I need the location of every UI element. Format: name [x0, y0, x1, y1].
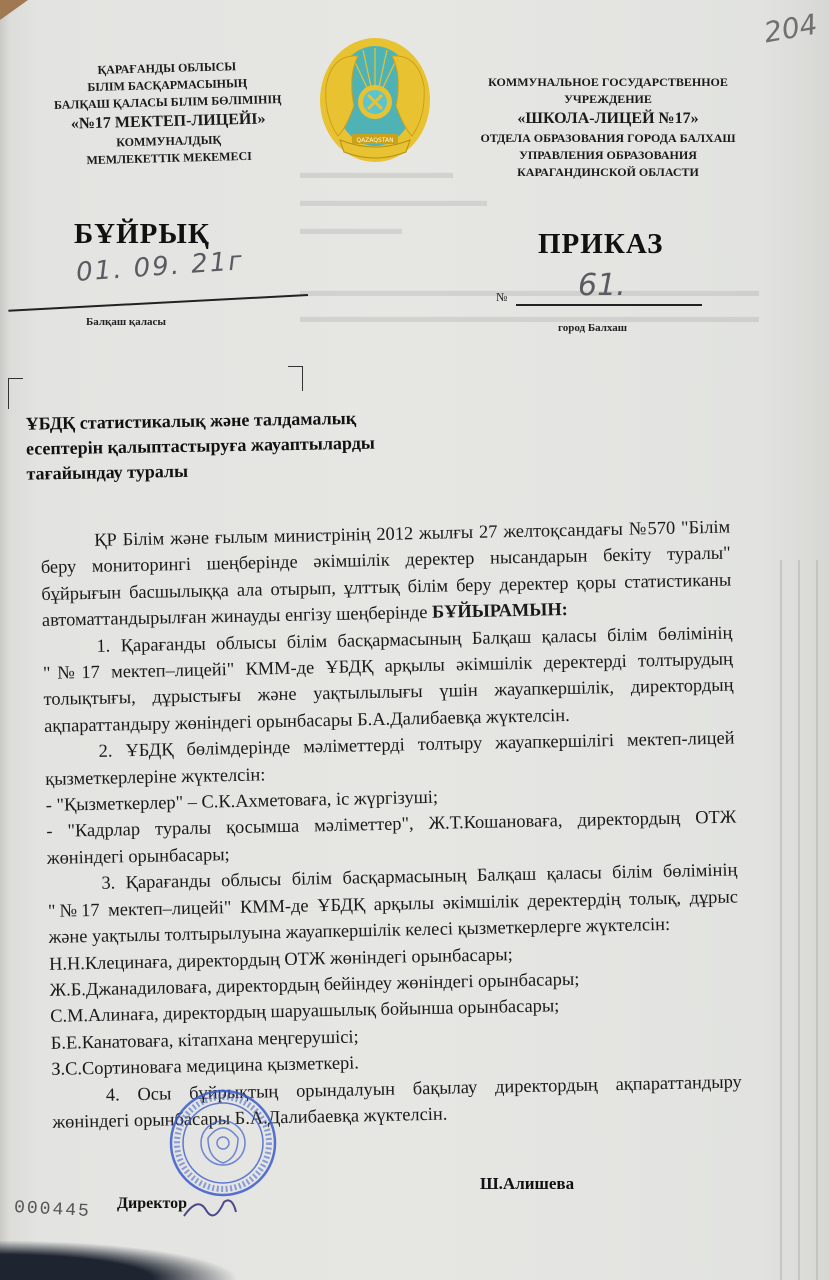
subject-bracket-right	[288, 366, 303, 391]
number-underline	[516, 304, 702, 306]
header-ru-line: ОТДЕЛА ОБРАЗОВАНИЯ ГОРОДА БАЛХАШ	[478, 130, 738, 147]
header-russian: КОММУНАЛЬНОЕ ГОСУДАРСТВЕННОЕ УЧРЕЖДЕНИЕ …	[478, 74, 738, 181]
preamble-text: ҚР Білім және ғылым министрінің 2012 жыл…	[41, 517, 732, 631]
order-title-kz: БҰЙРЫҚ	[74, 218, 210, 251]
document-page: ▬▬▬▬▬▬▬▬▬ ▬▬▬▬▬▬▬▬▬▬▬ ▬▬▬▬▬▬ ▬▬▬▬▬▬▬▬▬▬▬…	[0, 0, 830, 1280]
kazakhstan-state-emblem-icon: QAZAQSTAN	[318, 36, 432, 164]
header-ru-line: КОММУНАЛЬНОЕ ГОСУДАРСТВЕННОЕ	[478, 74, 738, 91]
preamble-paragraph: ҚР Білім және ғылым министрінің 2012 жыл…	[40, 514, 732, 634]
number-prefix: №	[496, 290, 507, 305]
subject-bracket-left	[8, 378, 23, 409]
serial-number: 000445	[14, 1198, 92, 1222]
item-3: 3. Қарағанды облысы білім басқармасының …	[47, 857, 739, 951]
city-kz: Балқаш қаласы	[86, 316, 166, 328]
reverse-side-show-through: ▬▬▬▬▬▬▬▬▬▬▬▬▬▬▬▬▬▬▬▬▬▬▬▬▬▬▬	[300, 276, 759, 306]
handwritten-date: 01. 09. 21г	[75, 246, 245, 288]
reverse-side-show-through: ▬▬▬▬▬▬▬▬▬▬▬	[300, 186, 487, 216]
handwritten-signature-icon	[180, 1192, 240, 1222]
city-ru: город Балхаш	[558, 322, 627, 334]
reverse-side-show-through: ▬▬▬▬▬▬▬▬▬▬▬▬▬▬▬▬▬▬▬▬▬▬▬▬▬▬▬	[300, 302, 759, 332]
reverse-side-show-through: ▬▬▬▬▬▬	[300, 214, 402, 244]
handwritten-order-number: 61.	[578, 268, 626, 303]
stacked-page-edges	[770, 560, 830, 1280]
header-ru-line: КАРАГАНДИНСКОЙ ОБЛАСТИ	[478, 164, 738, 181]
handwritten-page-number: 204	[762, 8, 820, 50]
header-ru-line: УЧРЕЖДЕНИЕ	[478, 91, 738, 108]
header-ru-school-name: «ШКОЛА-ЛИЦЕЙ №17»	[478, 108, 738, 130]
order-title-ru: ПРИКАЗ	[538, 228, 663, 261]
signature-name: Ш.Алишева	[480, 1174, 574, 1194]
official-seal-stamp-icon	[168, 1088, 278, 1198]
date-underline	[8, 294, 308, 311]
header-kazakh: ҚАРАҒАНДЫ ОБЛЫСЫ БІЛІМ БАСҚАРМАСЫНЫҢ БАЛ…	[47, 57, 290, 170]
item-1: 1. Қарағанды облысы білім басқармасының …	[42, 619, 734, 739]
order-subject: ҰБДҚ статистикалық және талдамалық есепт…	[25, 404, 446, 486]
header-ru-line: УПРАВЛЕНИЯ ОБРАЗОВАНИЯ	[478, 147, 738, 164]
order-body: ҚР Білім және ғылым министрінің 2012 жыл…	[40, 514, 743, 1136]
order-word: БҰЙЫРАМЫН:	[432, 599, 568, 622]
bottom-shadow	[0, 1240, 240, 1280]
emblem-banner-text: QAZAQSTAN	[356, 137, 393, 144]
